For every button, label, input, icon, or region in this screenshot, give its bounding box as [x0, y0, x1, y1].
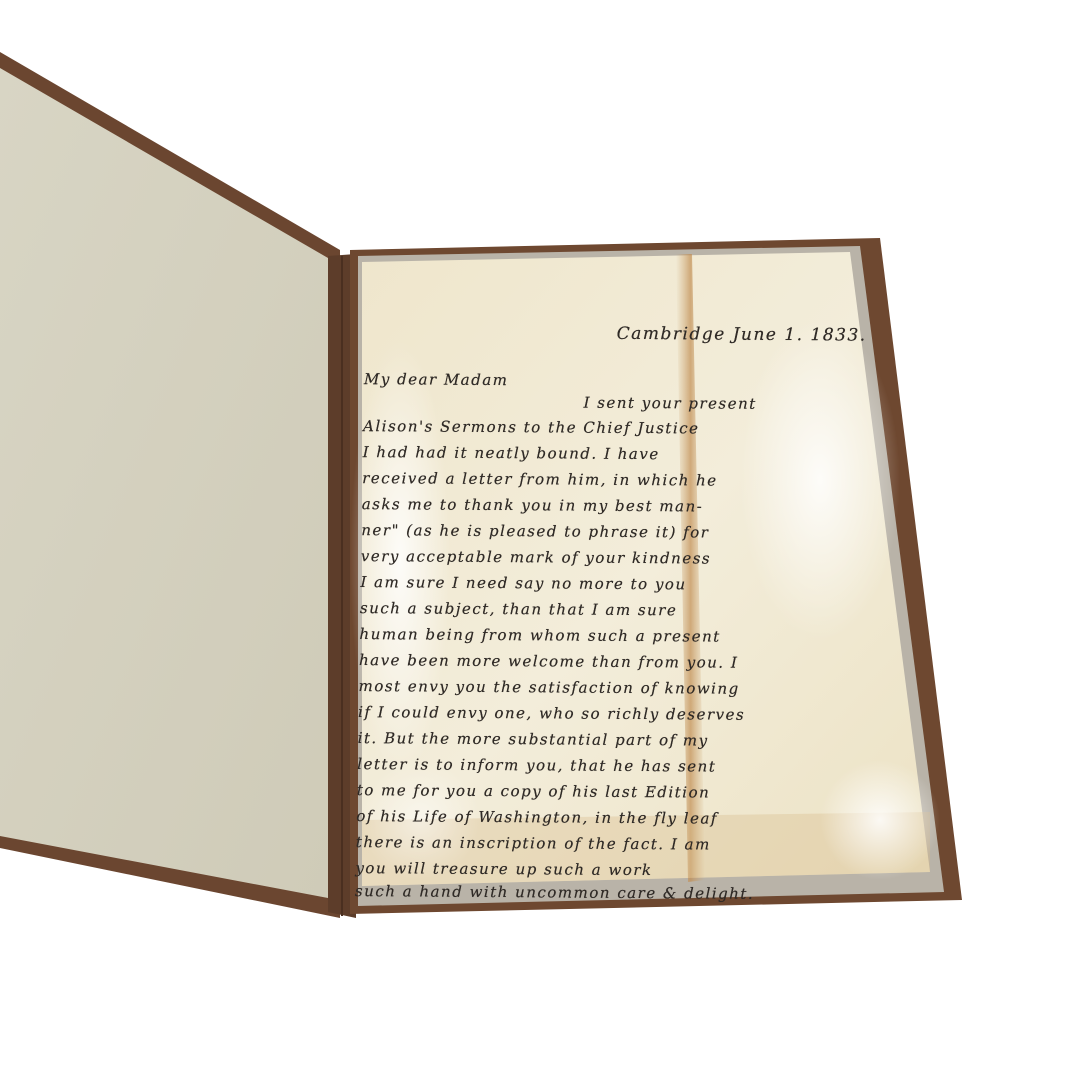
letter-dateline: Cambridge June 1. 1833.: [617, 324, 867, 346]
letter-line: such a subject, than that I am sure: [360, 599, 678, 619]
folder-left-cover: [0, 52, 340, 918]
letter-line: there is an inscription of the fact. I a…: [356, 833, 711, 853]
letter-line: very acceptable mark of your kindness: [361, 547, 712, 567]
letter-line: have been more welcome than from you. I: [359, 651, 739, 672]
letter-line: most envy you the satisfaction of knowin…: [358, 677, 739, 698]
letter-line: I had had it neatly bound. I have: [363, 443, 660, 463]
letter-line: if I could envy one, who so richly deser…: [358, 703, 745, 724]
letter-line: I am sure I need say no more to you: [360, 573, 686, 593]
letter-line: ner" (as he is pleased to phrase it) for: [361, 521, 709, 541]
letter-line: of his Life of Washington, in the fly le…: [356, 807, 718, 828]
letter-line: to me for you a copy of his last Edition: [357, 781, 711, 801]
letter-line: such a hand with uncommon care & delight…: [355, 882, 754, 903]
letter-line: asks me to thank you in my best man-: [362, 495, 704, 515]
letter-line: it. But the more substantial part of my: [358, 729, 709, 749]
letter-line: received a letter from him, in which he: [362, 469, 718, 489]
letter-line: I sent your present: [583, 394, 757, 413]
letter-line: human being from whom such a present: [359, 625, 721, 646]
letter-line: letter is to inform you, that he has sen…: [357, 755, 716, 776]
photo-scene: Cambridge June 1. 1833. My dear Madam I …: [0, 0, 1080, 1080]
letter-salutation: My dear Madam: [364, 370, 509, 389]
letter-line: you will treasure up such a work: [355, 859, 652, 879]
letter-line: Alison's Sermons to the Chief Justice: [363, 417, 700, 437]
handwritten-letter: Cambridge June 1. 1833. My dear Madam I …: [345, 262, 856, 885]
